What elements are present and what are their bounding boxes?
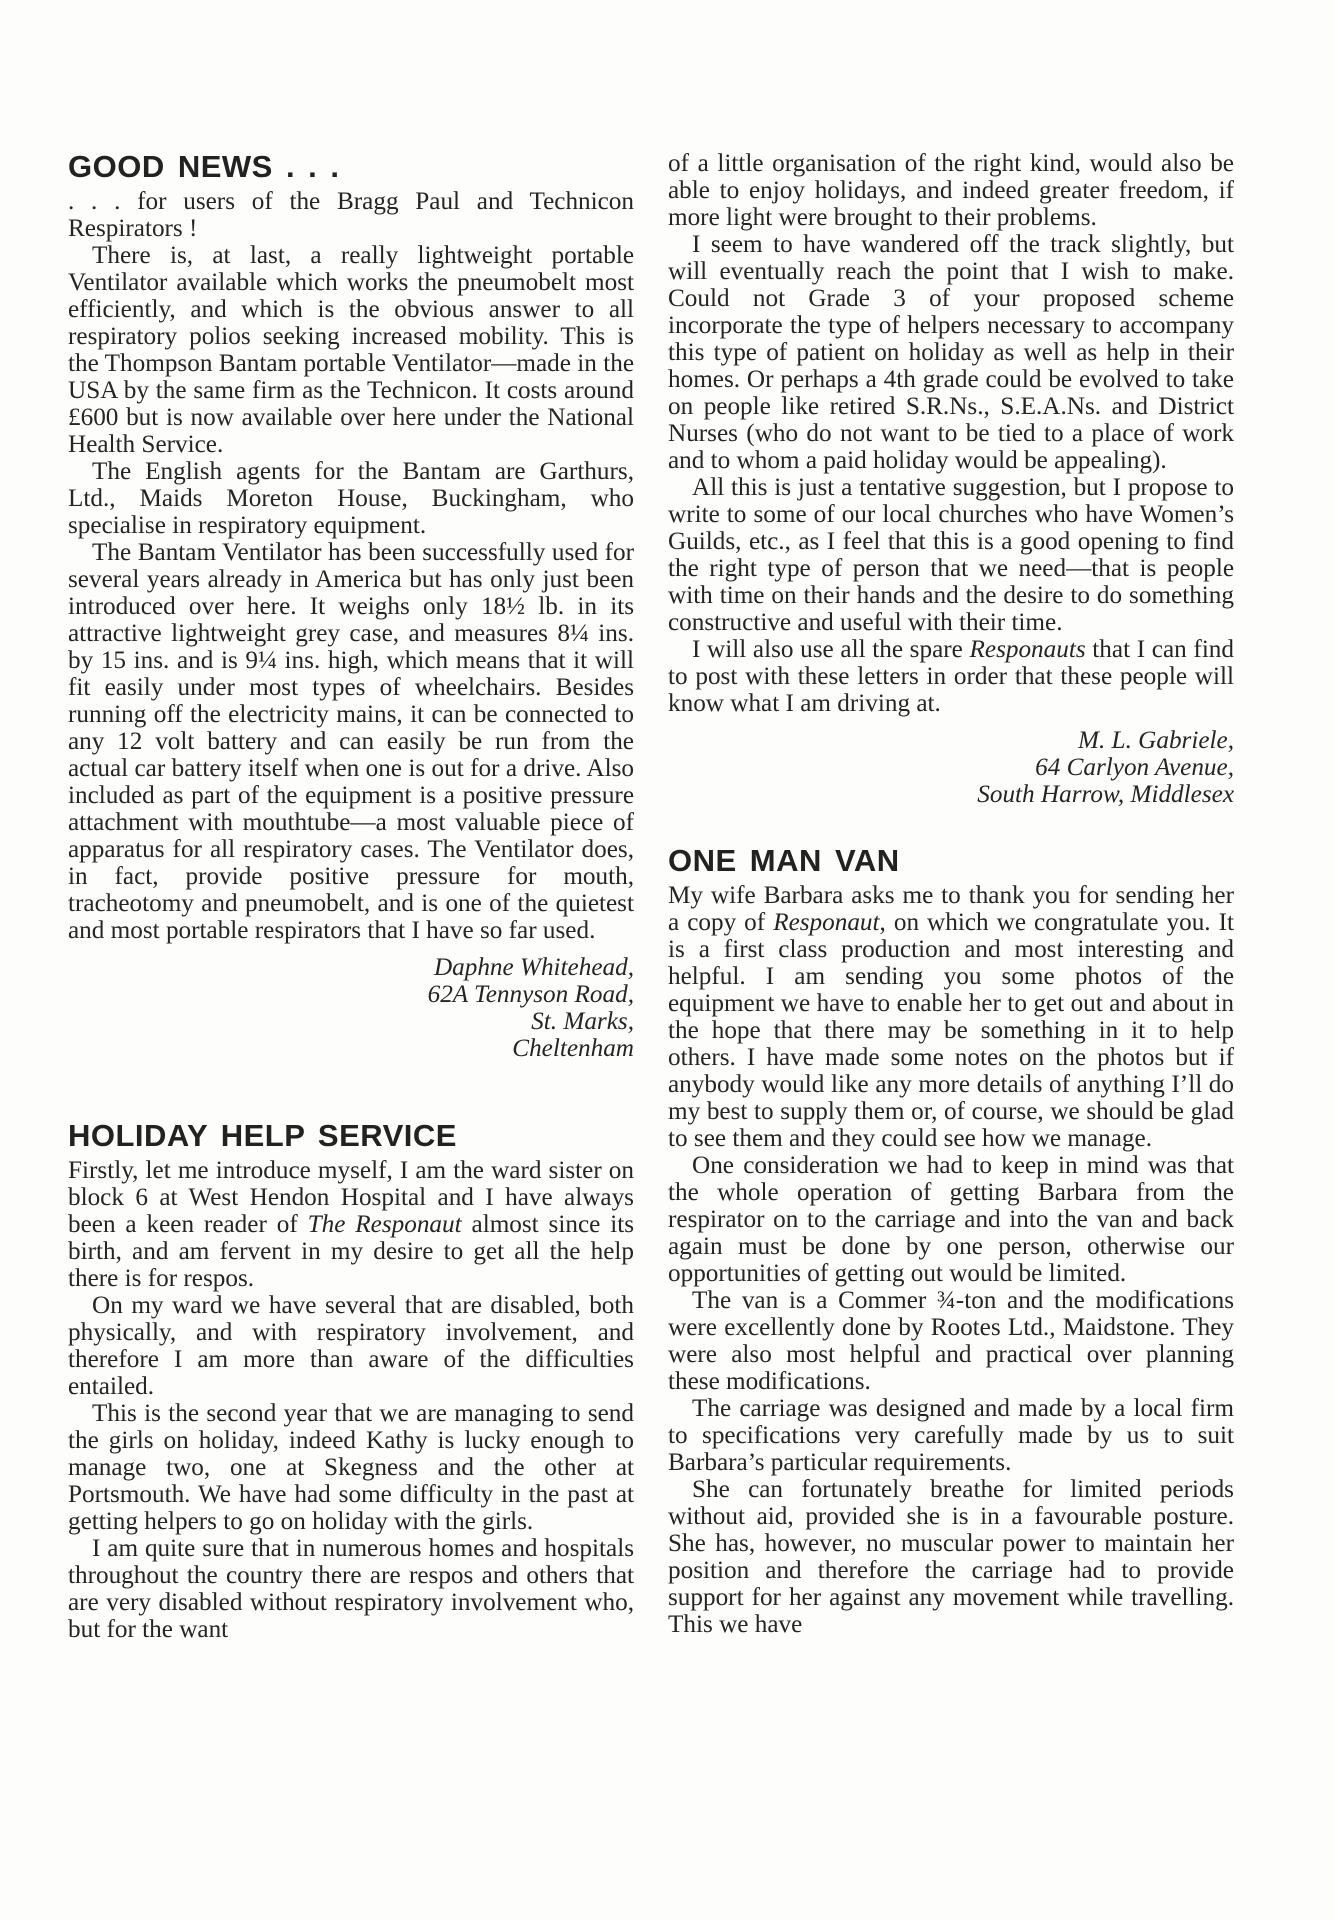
signature-line: 64 Carlyon Avenue,	[668, 754, 1234, 781]
article-one-man-van: ONE MAN VAN My wife Barbara asks me to t…	[668, 844, 1234, 1638]
text: , on which we congratulate you. It is a …	[668, 909, 1234, 1152]
paragraph: On my ward we have several that are dis­…	[68, 1292, 634, 1400]
paragraph: The carriage was designed and made by a …	[668, 1395, 1234, 1476]
paragraph: The Bantam Ventilator has been successfu…	[68, 539, 634, 944]
paragraph: This is the second year that we are mana…	[68, 1400, 634, 1535]
paragraph: My wife Barbara asks me to thank you for…	[668, 882, 1234, 1152]
paragraph: I will also use all the spare Responauts…	[668, 636, 1234, 717]
paragraph: All this is just a tentative suggestion,…	[668, 474, 1234, 636]
signature-line: Daphne Whitehead,	[68, 954, 634, 981]
paragraph: of a little organisation of the right ki…	[668, 150, 1234, 231]
signature-line: M. L. Gabriele,	[668, 727, 1234, 754]
paragraph: I seem to have wandered off the track sl…	[668, 231, 1234, 474]
signature-line: 62A Tennyson Road,	[68, 981, 634, 1008]
signature-ml-gabriele: M. L. Gabriele, 64 Carlyon Avenue, South…	[668, 727, 1234, 808]
heading-one-man-van: ONE MAN VAN	[668, 844, 1234, 878]
text: I will also use all the spare	[692, 636, 970, 663]
paragraph: She can fortunately breathe for limited …	[668, 1476, 1234, 1638]
paragraph: The van is a Commer ¾-ton and the modi­f…	[668, 1287, 1234, 1395]
heading-holiday-help-service: HOLIDAY HELP SERVICE	[68, 1119, 634, 1153]
paragraph: The English agents for the Bantam are Ga…	[68, 458, 634, 539]
paragraph: One consideration we had to keep in mind…	[668, 1152, 1234, 1287]
left-column: GOOD NEWS . . . . . . for users of the B…	[68, 150, 634, 1643]
paragraph: I am quite sure that in numerous homes a…	[68, 1535, 634, 1643]
signature-line: South Harrow, Middlesex	[668, 781, 1234, 808]
article-holiday-help-continued: of a little organisation of the right ki…	[668, 150, 1234, 808]
signature-daphne-whitehead: Daphne Whitehead, 62A Tennyson Road, St.…	[68, 954, 634, 1062]
paragraph: . . . for users of the Bragg Paul and Te…	[68, 188, 634, 242]
section-gap	[668, 808, 1234, 844]
signature-line: Cheltenham	[68, 1035, 634, 1062]
heading-good-news: GOOD NEWS . . .	[68, 150, 634, 184]
paragraph: There is, at last, a really lightweight …	[68, 242, 634, 458]
publication-title: Responaut	[773, 909, 879, 936]
publication-title: The Responaut	[308, 1211, 462, 1238]
publication-title: Responauts	[970, 636, 1086, 663]
paragraph: Firstly, let me introduce myself, I am t…	[68, 1157, 634, 1292]
article-holiday-help-service: HOLIDAY HELP SERVICE Firstly, let me int…	[68, 1119, 634, 1643]
section-gap	[68, 1062, 634, 1119]
signature-line: St. Marks,	[68, 1008, 634, 1035]
article-good-news: GOOD NEWS . . . . . . for users of the B…	[68, 150, 634, 1062]
right-column: of a little organisation of the right ki…	[668, 150, 1234, 1638]
